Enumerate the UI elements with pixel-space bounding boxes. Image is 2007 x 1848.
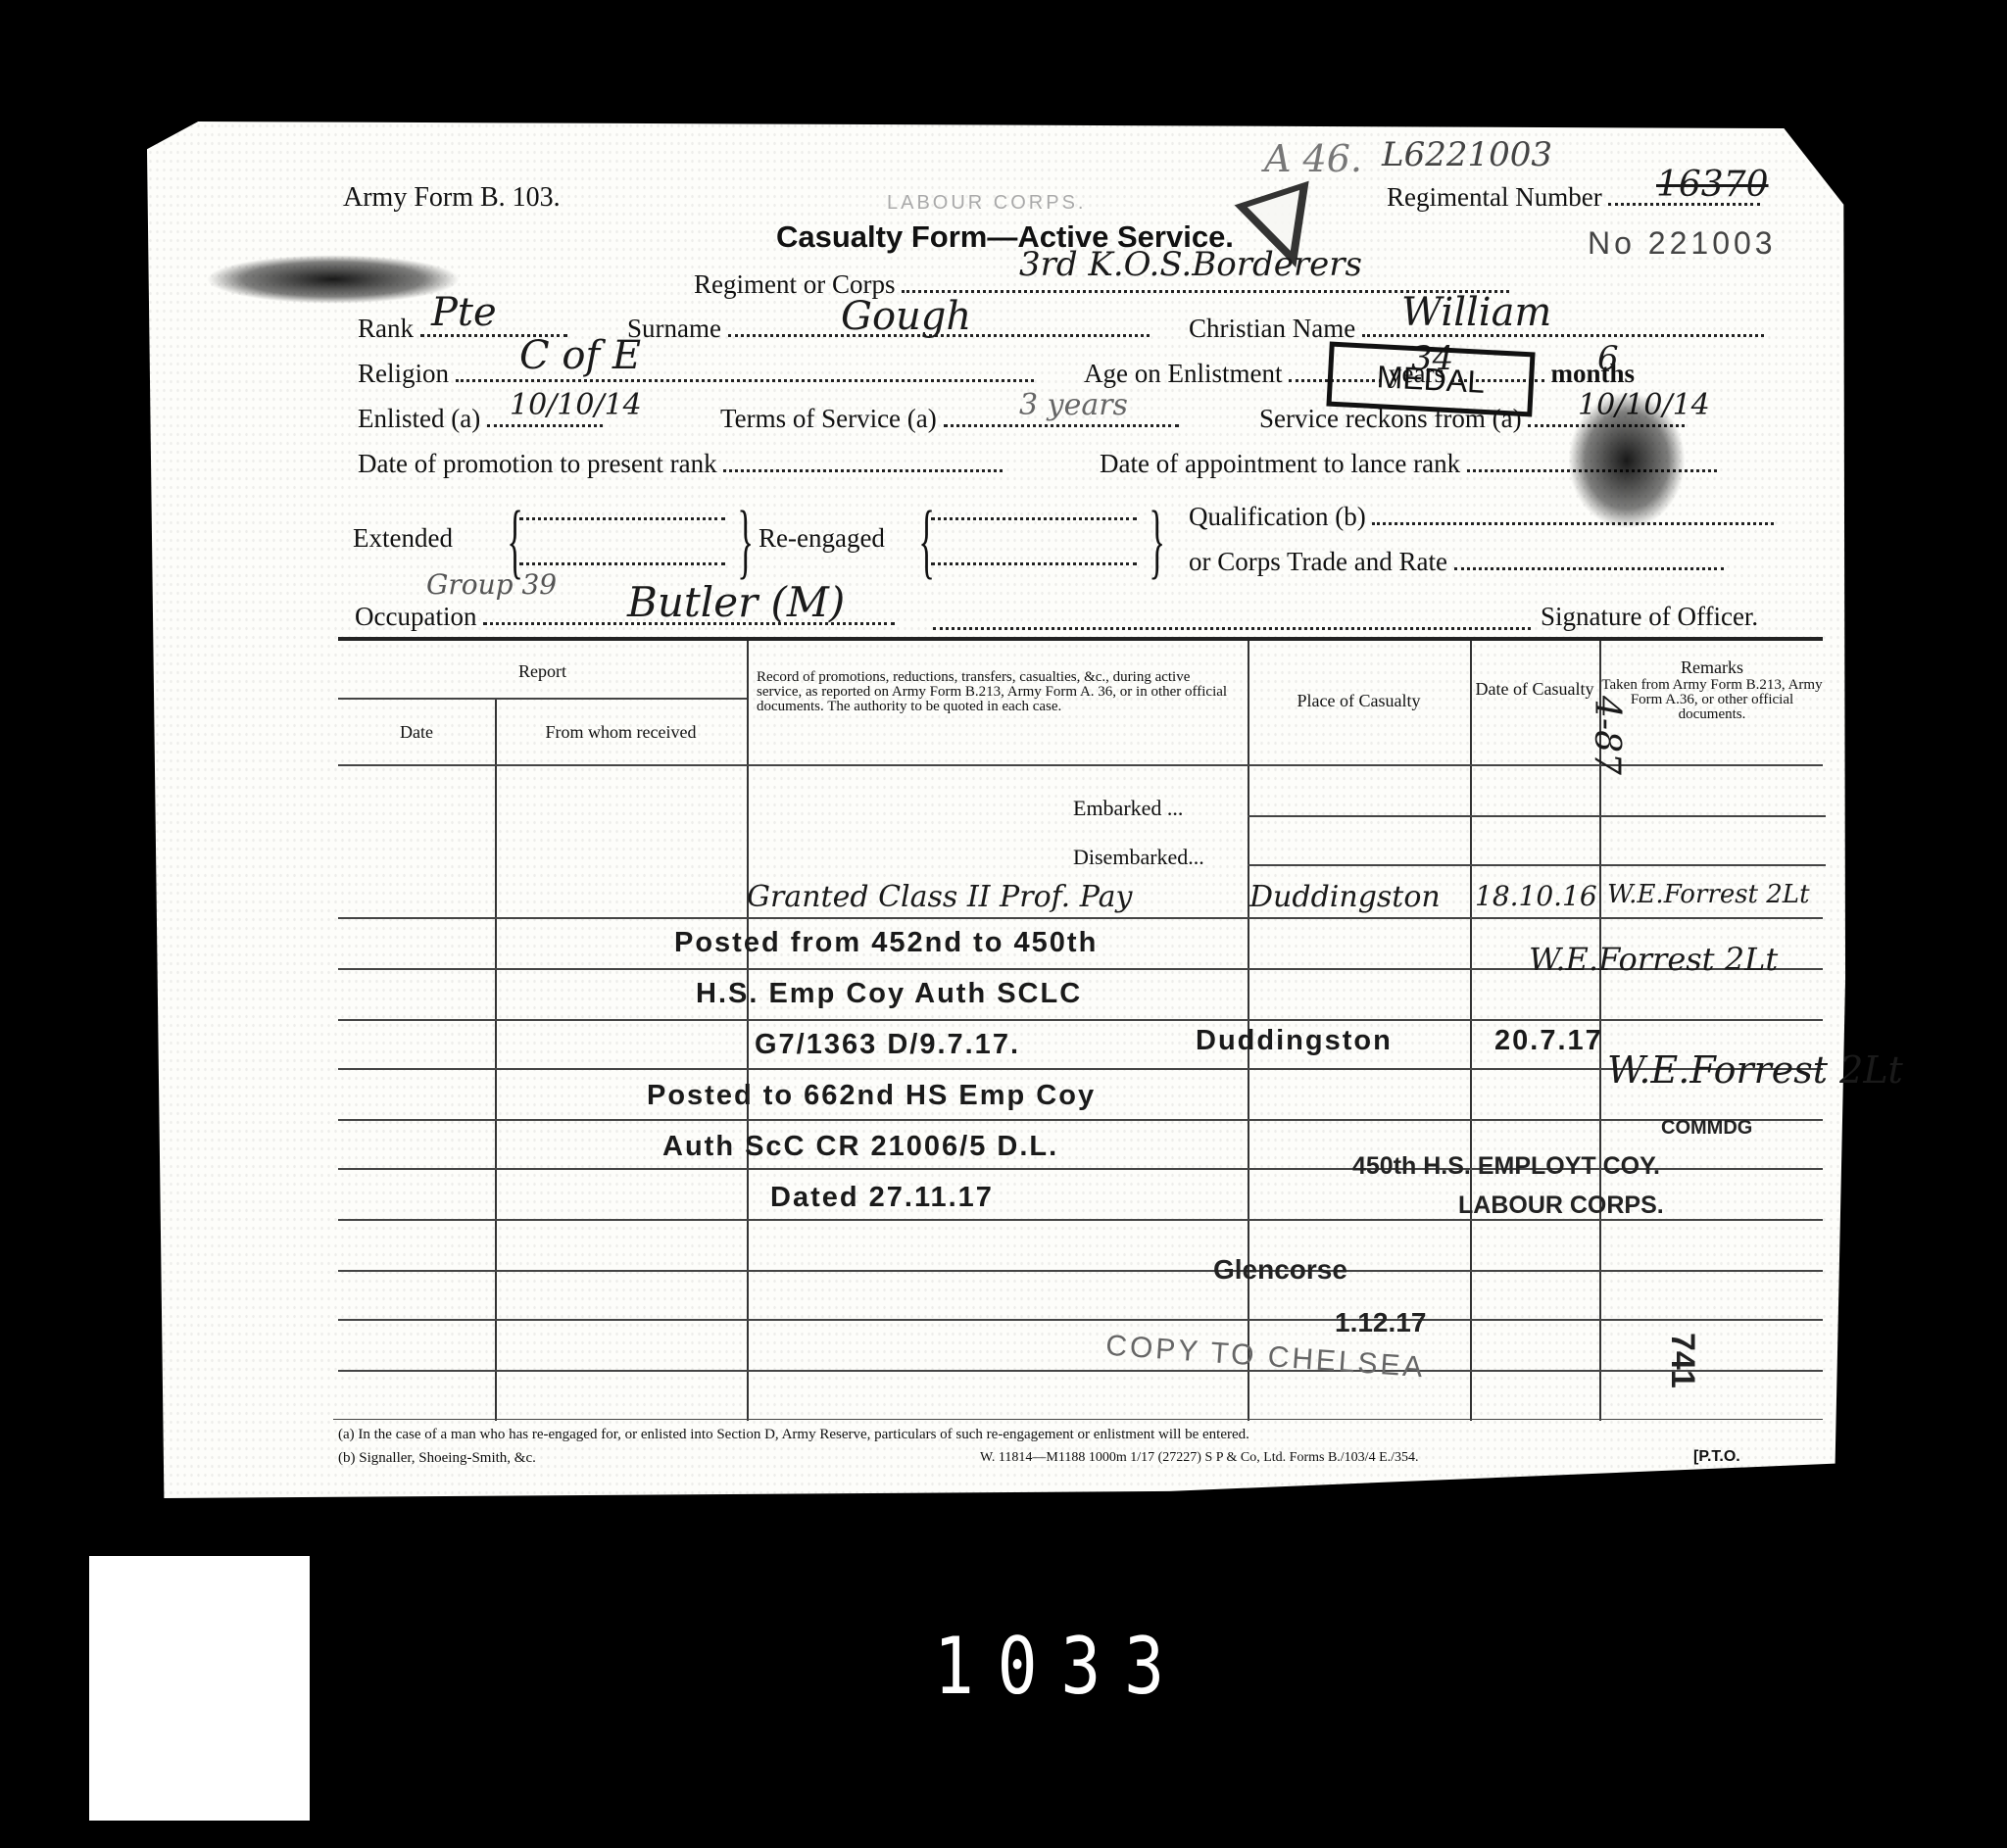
date-cell: 18.10.16 — [1475, 880, 1597, 912]
place-cell: Glencorse — [1213, 1254, 1347, 1286]
surname-label: Surname — [627, 314, 721, 343]
religion-value: C of E — [519, 333, 641, 378]
footnote-b: (b) Signaller, Shoeing-Smith, &c. — [338, 1450, 536, 1467]
white-calibration-card — [89, 1556, 310, 1821]
rank-label: Rank — [358, 314, 414, 343]
labour-number: L6221003 — [1382, 135, 1552, 174]
re-engaged-label: Re-engaged — [759, 523, 885, 554]
header-remarks: Remarks — [1599, 658, 1825, 676]
date-of-promotion-label: Date of promotion to present rank — [358, 449, 717, 478]
side-handwritten-number: 4-87 — [1587, 696, 1627, 775]
qualification-field: Qualification (b) — [1189, 502, 1774, 532]
medal-stamp: MEDAL — [1326, 342, 1535, 417]
pencil-code: A 46. — [1264, 137, 1362, 180]
regimental-number-label: Regimental Number — [1387, 182, 1602, 212]
ink-smudge — [206, 255, 461, 304]
place-cell: 1.12.17 — [1335, 1307, 1426, 1338]
side-stamp-number: 741 — [1663, 1333, 1701, 1388]
date-of-promotion-field: Date of promotion to present rank — [358, 449, 1003, 479]
disembarked-label: Disembarked... — [1073, 845, 1204, 870]
pto-label: [P.T.O. — [1693, 1448, 1740, 1466]
form-number: Army Form B. 103. — [343, 182, 561, 214]
record-cell: G7/1363 D/9.7.17. — [755, 1029, 1020, 1061]
header-report: Report — [338, 662, 747, 680]
frame-counter: 1033 — [934, 1621, 1188, 1712]
stamped-number: No 221003 — [1588, 225, 1777, 262]
corps-trade-field: or Corps Trade and Rate — [1189, 547, 1724, 577]
record-cell: Posted from 452nd to 450th — [674, 927, 1098, 959]
enlisted-label: Enlisted (a) — [358, 404, 480, 433]
occupation-group-note: Group 39 — [426, 568, 557, 601]
occupation-value: Butler (M) — [627, 578, 845, 626]
place-cell: Duddingston — [1249, 880, 1441, 914]
surname-value: Gough — [841, 294, 971, 339]
header-remarks-sub: Taken from Army Form B.213, Army Form A.… — [1599, 678, 1825, 722]
remarks-cell: COMMDG — [1661, 1117, 1752, 1140]
print-code: W. 11814—M1188 1000m 1/17 (27227) S P & … — [980, 1450, 1419, 1466]
signature-of-officer-label: Signature of Officer. — [1541, 602, 1758, 632]
header-date-of-casualty: Date of Casualty — [1470, 680, 1599, 698]
place-cell: LABOUR CORPS. — [1458, 1191, 1664, 1220]
terms-label: Terms of Service (a) — [720, 404, 937, 433]
corps-trade-label: or Corps Trade and Rate — [1189, 547, 1447, 576]
remarks-cell: W.E.Forrest 2Lt — [1607, 1048, 1903, 1092]
age-label: Age on Enlistment — [1084, 359, 1282, 388]
embarked-label: Embarked ... — [1073, 796, 1183, 821]
header-date: Date — [338, 723, 495, 741]
terms-value: 3 years — [1019, 388, 1128, 422]
labour-corps-stamp: LABOUR CORPS. — [887, 192, 1086, 215]
record-cell: Posted to 662nd HS Emp Coy — [647, 1080, 1096, 1112]
qualification-label: Qualification (b) — [1189, 502, 1366, 531]
enlisted-value: 10/10/14 — [510, 388, 642, 422]
header-place-of-casualty: Place of Casualty — [1248, 692, 1470, 709]
christian-name-label: Christian Name — [1189, 314, 1355, 343]
regiment-value: 3rd K.O.S.Borderers — [1019, 245, 1362, 284]
date-cell: 20.7.17 — [1494, 1025, 1603, 1057]
place-cell: 450th H.S. EMPLOYT COY. — [1352, 1152, 1660, 1181]
christian-name-value: William — [1401, 290, 1551, 335]
place-cell: Duddingston — [1196, 1025, 1393, 1057]
remarks-cell: W.E.Forrest 2Lt — [1607, 880, 1810, 909]
record-cell: Dated 27.11.17 — [770, 1182, 994, 1214]
record-cell: Granted Class II Prof. Pay — [747, 880, 1132, 914]
months-label: months — [1550, 359, 1635, 388]
religion-label: Religion — [358, 359, 449, 388]
footnote-a: (a) In the case of a man who has re-enga… — [338, 1427, 1249, 1443]
record-cell: Auth ScC CR 21006/5 D.L. — [662, 1131, 1058, 1163]
extended-label: Extended — [353, 523, 453, 554]
occupation-label: Occupation — [355, 602, 476, 631]
header-from-whom: From whom received — [495, 723, 747, 741]
lance-rank-label: Date of appointment to lance rank — [1100, 449, 1460, 478]
brace-right: } — [737, 498, 754, 582]
religion-field: Religion — [358, 359, 1034, 389]
regimental-number-value: 16370 — [1656, 165, 1769, 205]
record-cell: H.S. Emp Coy Auth SCLC — [696, 978, 1082, 1010]
remarks-cell: W.E.Forrest 2Lt — [1529, 941, 1778, 978]
header-record: Record of promotions, reductions, transf… — [757, 670, 1237, 714]
rank-value: Pte — [431, 290, 497, 335]
age-months-value: 6 — [1597, 339, 1619, 378]
